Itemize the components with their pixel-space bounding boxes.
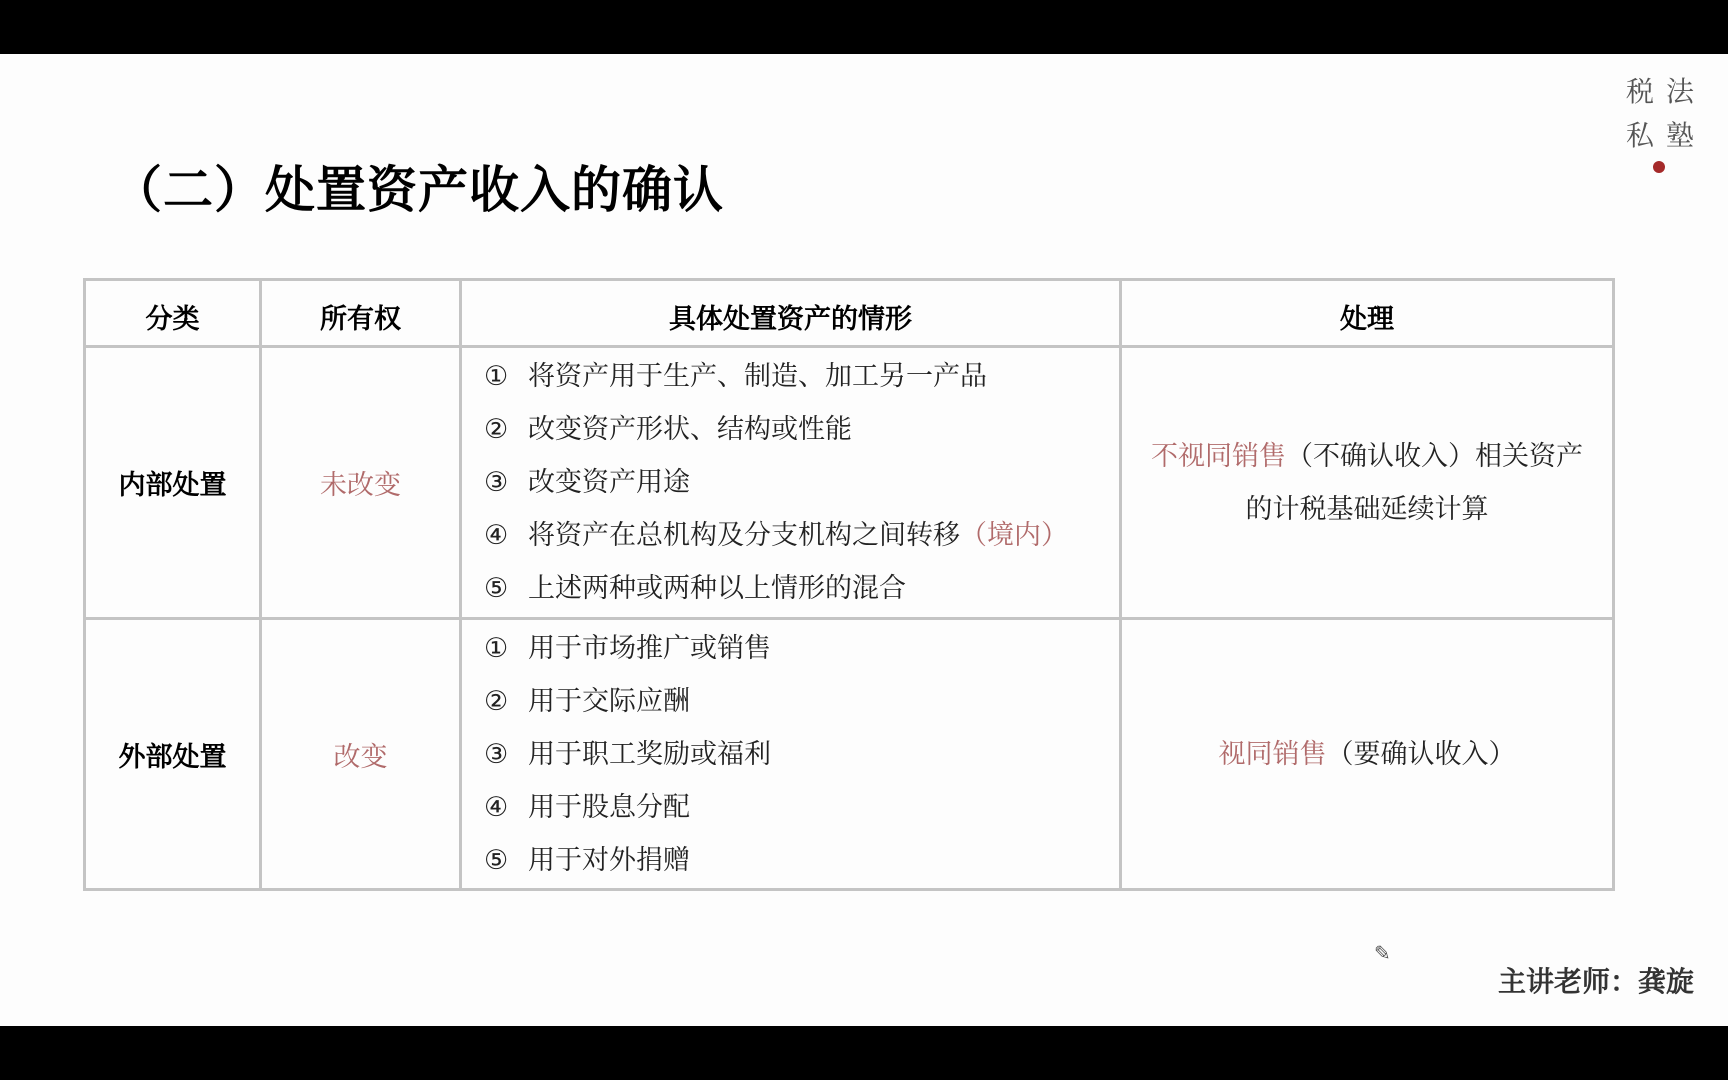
page-title: （二）处置资产收入的确认 [112, 150, 724, 222]
table-row: 外部处置 改变 ①用于市场推广或销售 ②用于交际应酬 ③用于职工奖励或福利 ④用… [85, 619, 1614, 890]
slide: 税 法 私 塾 （二）处置资产收入的确认 分类 所有权 具体处置资产的情形 处理… [0, 54, 1728, 1026]
list-item: ②用于交际应酬 [484, 675, 1119, 728]
logo-char: 私 [1620, 116, 1660, 156]
treatment-line: 的计税基础延续计算 [1122, 483, 1612, 536]
list-item: ②改变资产形状、结构或性能 [484, 403, 1119, 456]
table-header-row: 分类 所有权 具体处置资产的情形 处理 [85, 280, 1614, 347]
list-item: ③用于职工奖励或福利 [484, 728, 1119, 781]
treatment-line: 不视同销售（不确认收入）相关资产 [1122, 430, 1612, 483]
ownership-cell: 未改变 [261, 347, 461, 619]
list-item: ①用于市场推广或销售 [484, 622, 1119, 675]
treatment-cell: 视同销售（要确认收入） [1121, 619, 1614, 890]
disposal-table: 分类 所有权 具体处置资产的情形 处理 内部处置 未改变 ①将资产用于生产、制造… [83, 278, 1615, 891]
situations-cell: ①用于市场推广或销售 ②用于交际应酬 ③用于职工奖励或福利 ④用于股息分配 ⑤用… [461, 619, 1121, 890]
category-cell: 外部处置 [85, 619, 261, 890]
list-item: ①将资产用于生产、制造、加工另一产品 [484, 350, 1119, 403]
seal-icon [1653, 161, 1665, 173]
header-treatment: 处理 [1121, 280, 1614, 347]
situations-cell: ①将资产用于生产、制造、加工另一产品 ②改变资产形状、结构或性能 ③改变资产用途… [461, 347, 1121, 619]
logo-char: 税 [1620, 72, 1660, 112]
list-item: ⑤用于对外捐赠 [484, 834, 1119, 887]
header-ownership: 所有权 [261, 280, 461, 347]
ownership-cell: 改变 [261, 619, 461, 890]
list-item: ⑤上述两种或两种以上情形的混合 [484, 562, 1119, 615]
treatment-line: 视同销售（要确认收入） [1122, 728, 1612, 781]
teacher-credit: 主讲老师：龚旋 [1498, 960, 1694, 1000]
table-row: 内部处置 未改变 ①将资产用于生产、制造、加工另一产品 ②改变资产形状、结构或性… [85, 347, 1614, 619]
header-situations: 具体处置资产的情形 [461, 280, 1121, 347]
list-item: ④将资产在总机构及分支机构之间转移（境内） [484, 509, 1119, 562]
treatment-highlight: 视同销售 [1219, 739, 1327, 770]
treatment-highlight: 不视同销售 [1151, 441, 1286, 472]
letterbox-bottom [0, 1026, 1728, 1080]
logo-char: 法 [1660, 72, 1700, 112]
list-item: ③改变资产用途 [484, 456, 1119, 509]
category-cell: 内部处置 [85, 347, 261, 619]
logo-char: 塾 [1660, 116, 1700, 156]
domestic-note: （境内） [960, 520, 1068, 551]
treatment-cell: 不视同销售（不确认收入）相关资产 的计税基础延续计算 [1121, 347, 1614, 619]
pencil-icon[interactable]: ✎ [1374, 941, 1391, 965]
list-item: ④用于股息分配 [484, 781, 1119, 834]
letterbox-top [0, 0, 1728, 54]
logo: 税 法 私 塾 [1620, 72, 1700, 156]
header-category: 分类 [85, 280, 261, 347]
